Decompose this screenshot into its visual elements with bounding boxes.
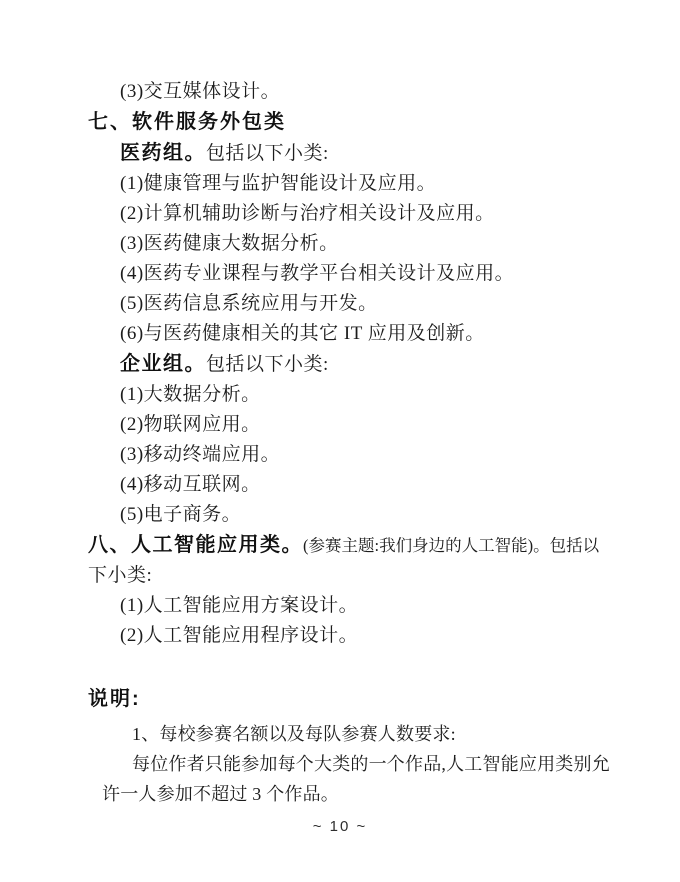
- notes-heading: 说明:: [88, 684, 640, 715]
- doc-line-text: (4)移动互联网。: [120, 474, 261, 495]
- doc-line: (2)计算机辅助诊断与治疗相关设计及应用。: [88, 199, 640, 229]
- doc-line: (2)物联网应用。: [88, 410, 640, 440]
- doc-line: (1)健康管理与监护智能设计及应用。: [88, 169, 640, 199]
- doc-line-lead: 八、人工智能应用类。: [88, 534, 303, 556]
- section-heading-8: 八、人工智能应用类。(参赛主题:我们身边的人工智能)。包括以: [88, 530, 640, 561]
- doc-line: (3)交互媒体设计。: [88, 77, 640, 107]
- doc-line: (3)医药健康大数据分析。: [88, 229, 640, 259]
- doc-line: (2)人工智能应用程序设计。: [88, 621, 640, 651]
- doc-line-text: (2)计算机辅助诊断与治疗相关设计及应用。: [120, 203, 495, 224]
- page-number: ~ 10 ~: [0, 818, 680, 835]
- doc-line: 每位作者只能参加每个大类的一个作品,人工智能应用类别允: [88, 749, 640, 779]
- doc-line-lead: 七、软件服务外包类: [88, 111, 286, 133]
- doc-line-lead: 企业组。: [120, 353, 206, 375]
- doc-line-text: (5)电子商务。: [120, 504, 241, 525]
- group-heading-medical: 医药组。包括以下小类:: [88, 138, 640, 169]
- doc-line-text: 每位作者只能参加每个大类的一个作品,人工智能应用类别允: [132, 754, 610, 774]
- doc-line-lead: 医药组。: [120, 142, 206, 164]
- doc-line-text: (参赛主题:我们身边的人工智能)。包括以: [303, 536, 599, 555]
- doc-line: (1)大数据分析。: [88, 380, 640, 410]
- doc-line-text: (3)医药健康大数据分析。: [120, 233, 339, 254]
- doc-line-text: (3)移动终端应用。: [120, 444, 280, 465]
- doc-line-lead: 说明:: [88, 688, 141, 710]
- doc-line: (5)电子商务。: [88, 500, 640, 530]
- doc-line: 许一人参加不超过 3 个作品。: [88, 779, 640, 809]
- doc-line: (4)移动互联网。: [88, 470, 640, 500]
- group-heading-enterprise: 企业组。包括以下小类:: [88, 349, 640, 380]
- doc-line-text: 许一人参加不超过 3 个作品。: [102, 784, 339, 804]
- doc-line: 1、每校参赛名额以及每队参赛人数要求:: [88, 719, 640, 749]
- doc-line: (4)医药专业课程与教学平台相关设计及应用。: [88, 259, 640, 289]
- doc-line-text: 包括以下小类:: [206, 354, 329, 375]
- doc-line-text: (2)物联网应用。: [120, 414, 261, 435]
- doc-line-text: (6)与医药健康相关的其它 IT 应用及创新。: [120, 323, 485, 344]
- doc-line: (5)医药信息系统应用与开发。: [88, 289, 640, 319]
- doc-line: (3)移动终端应用。: [88, 440, 640, 470]
- doc-line-text: 包括以下小类:: [206, 143, 329, 164]
- doc-line: (1)人工智能应用方案设计。: [88, 591, 640, 621]
- document-body: (3)交互媒体设计。 七、软件服务外包类 医药组。包括以下小类: (1)健康管理…: [88, 77, 640, 809]
- doc-line-text: (5)医药信息系统应用与开发。: [120, 293, 378, 314]
- doc-line-text: (1)健康管理与监护智能设计及应用。: [120, 173, 436, 194]
- doc-line-text: (1)人工智能应用方案设计。: [120, 595, 358, 616]
- doc-line-text: 1、每校参赛名额以及每队参赛人数要求:: [132, 724, 456, 744]
- doc-line-text: (3)交互媒体设计。: [120, 81, 280, 102]
- doc-line-text: (1)大数据分析。: [120, 384, 261, 405]
- doc-line-text: (2)人工智能应用程序设计。: [120, 625, 358, 646]
- document-page: (3)交互媒体设计。 七、软件服务外包类 医药组。包括以下小类: (1)健康管理…: [0, 0, 680, 882]
- doc-line: 下小类:: [88, 561, 640, 591]
- doc-line: (6)与医药健康相关的其它 IT 应用及创新。: [88, 319, 640, 349]
- section-heading-7: 七、软件服务外包类: [88, 107, 640, 138]
- doc-line-text: 下小类:: [88, 565, 152, 586]
- doc-line-text: (4)医药专业课程与教学平台相关设计及应用。: [120, 263, 514, 284]
